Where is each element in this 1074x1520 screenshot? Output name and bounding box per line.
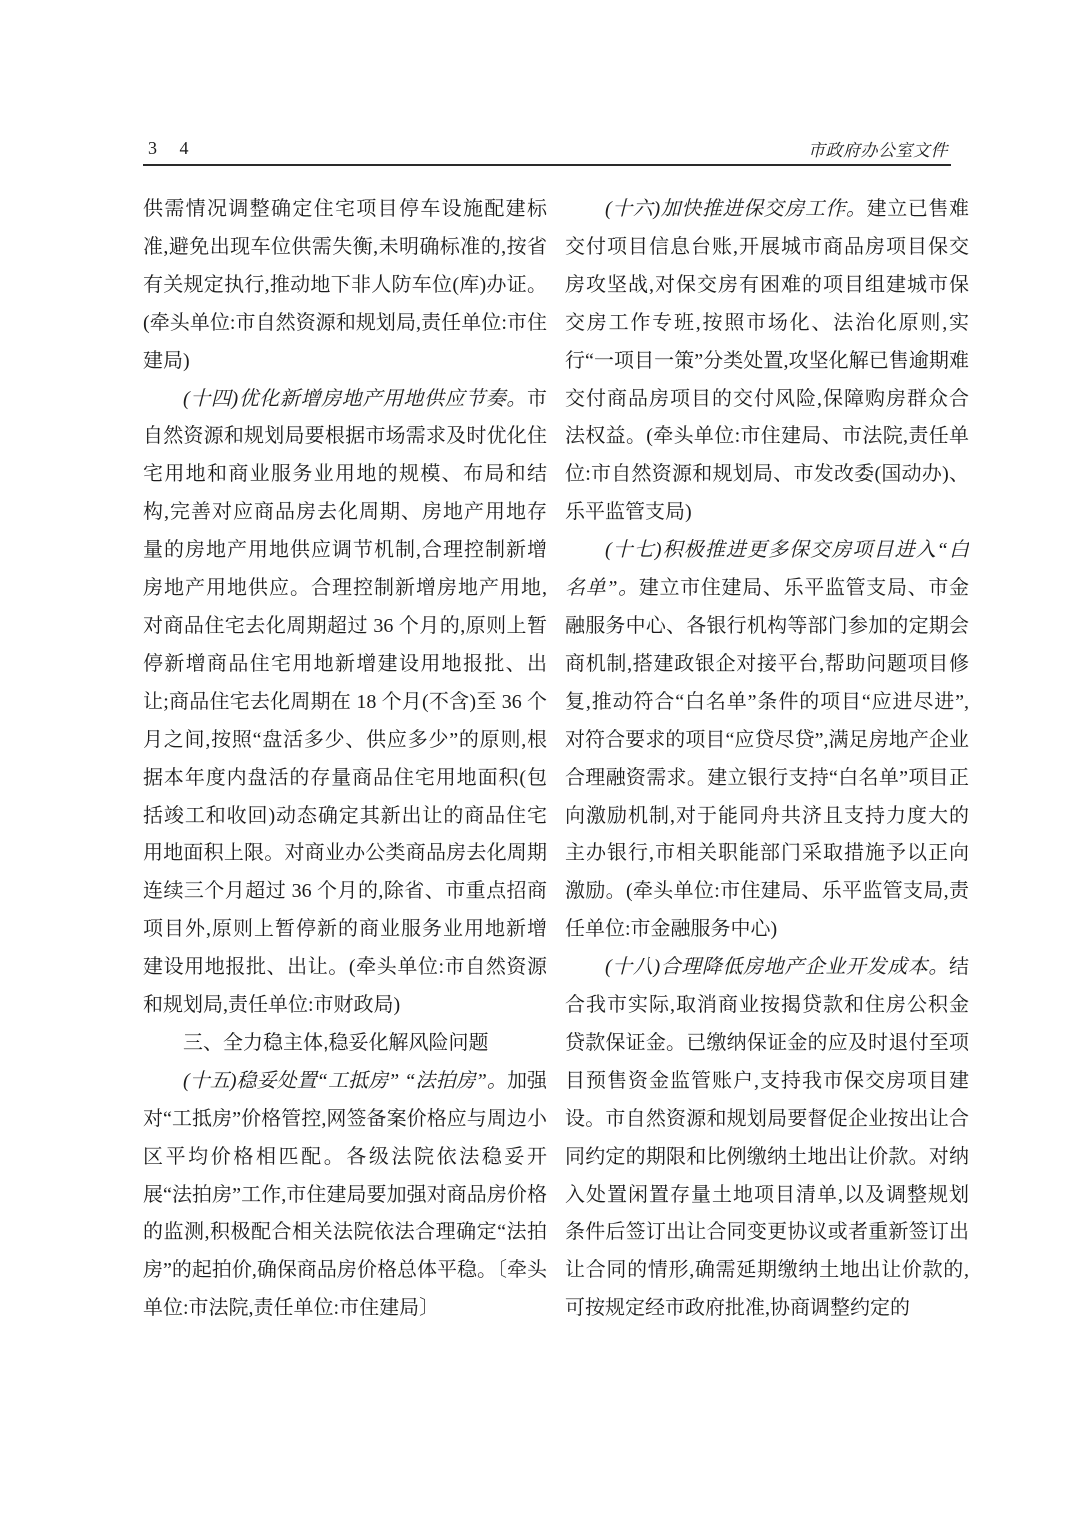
item-17-paragraph: (十七)积极推进更多保交房项目进入“白名单”。建立市住建局、乐平监管支局、市金融… bbox=[565, 532, 969, 949]
item-18-heading: (十八)合理降低房地产企业开发成本。 bbox=[605, 956, 949, 978]
item-18-paragraph: (十八)合理降低房地产企业开发成本。结合我市实际,取消商业按揭贷款和住房公积金贷… bbox=[565, 949, 969, 1328]
item-15-body: 加强对“工抵房”价格管控,网签备案价格应与周边小区平均价格相匹配。各级法院依法稳… bbox=[143, 1070, 547, 1319]
left-column: 供需情况调整确定住宅项目停车设施配建标准,避免出现车位供需失衡,未明确标准的,按… bbox=[143, 191, 547, 1341]
item-16-heading: (十六)加快推进保交房工作。 bbox=[605, 198, 867, 220]
item-15-paragraph: (十五)稳妥处置“工抵房” “法拍房”。加强对“工抵房”价格管控,网签备案价格应… bbox=[143, 1063, 547, 1328]
continuation-text: 供需情况调整确定住宅项目停车设施配建标准,避免出现车位供需失衡,未明确标准的,按… bbox=[143, 198, 547, 372]
header-rule bbox=[143, 164, 951, 166]
item-14-paragraph: (十四)优化新增房地产用地供应节奏。市自然资源和规划局要根据市场需求及时优化住宅… bbox=[143, 381, 547, 1025]
continuation-paragraph: 供需情况调整确定住宅项目停车设施配建标准,避免出现车位供需失衡,未明确标准的,按… bbox=[143, 191, 547, 381]
item-15-heading: (十五)稳妥处置“工抵房” “法拍房”。 bbox=[183, 1070, 507, 1092]
page-number: 3 4 bbox=[148, 138, 198, 159]
item-17-body: 建立市住建局、乐平监管支局、市金融服务中心、各银行机构等部门参加的定期会商机制,… bbox=[565, 577, 969, 940]
item-16-body: 建立已售难交付项目信息台账,开展城市商品房项目保交房攻坚战,对保交房有困难的项目… bbox=[565, 198, 969, 523]
right-column: (十六)加快推进保交房工作。建立已售难交付项目信息台账,开展城市商品房项目保交房… bbox=[565, 191, 969, 1341]
item-16-paragraph: (十六)加快推进保交房工作。建立已售难交付项目信息台账,开展城市商品房项目保交房… bbox=[565, 191, 969, 532]
item-14-heading: (十四)优化新增房地产用地供应节奏。 bbox=[183, 388, 527, 410]
item-18-body: 结合我市实际,取消商业按揭贷款和住房公积金贷款保证金。已缴纳保证金的应及时退付至… bbox=[565, 956, 969, 1319]
document-body: 供需情况调整确定住宅项目停车设施配建标准,避免出现车位供需失衡,未明确标准的,按… bbox=[143, 191, 969, 1341]
header-doc-label: 市政府办公室文件 bbox=[808, 136, 948, 161]
document-page: 3 4 市政府办公室文件 供需情况调整确定住宅项目停车设施配建标准,避免出现车位… bbox=[0, 0, 1074, 1520]
section-3-heading: 三、全力稳主体,稳妥化解风险问题 bbox=[143, 1025, 547, 1063]
item-14-body: 市自然资源和规划局要根据市场需求及时优化住宅用地和商业服务业用地的规模、布局和结… bbox=[143, 388, 547, 1017]
